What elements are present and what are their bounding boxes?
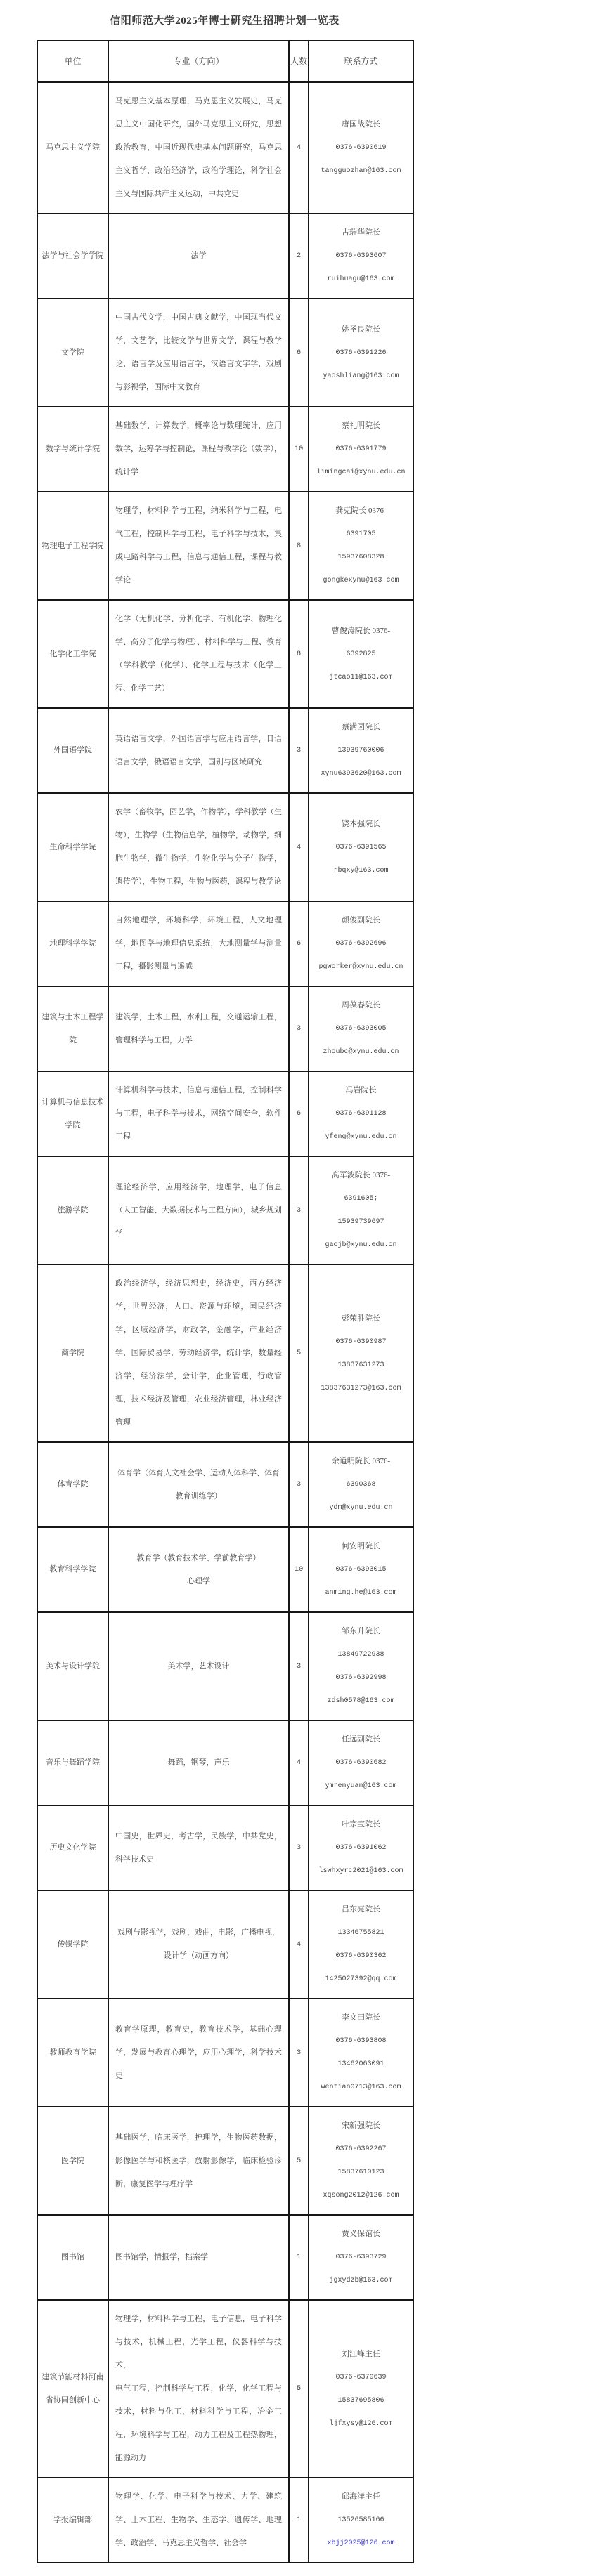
major-cell: 美术学，艺术设计 <box>108 1612 289 1720</box>
contact-line: 古瑞华院长 <box>311 221 411 244</box>
contact-line: 13939760006 <box>311 739 411 762</box>
contact-cell: 姚圣良院长0376-6391226yaoshliang@163.com <box>309 299 413 407</box>
contact-line: 0376-6393729 <box>311 2246 411 2269</box>
table-row: 建筑与土木工程学院建筑学，土木工程，水利工程，交通运输工程，管理科学与工程，力学… <box>37 986 413 1071</box>
page-title: 信阳师范大学2025年博士研究生招聘计划一览表 <box>37 13 413 27</box>
contact-line: 贾义保馆长 <box>311 2223 411 2246</box>
unit-cell: 音乐与舞蹈学院 <box>37 1720 108 1805</box>
contact-line: 蔡满园院长 <box>311 716 411 739</box>
contact-line: 13346755821 <box>311 1921 411 1944</box>
major-cell: 法学 <box>108 214 289 299</box>
unit-cell: 历史文化学院 <box>37 1805 108 1890</box>
count-cell: 4 <box>289 1890 309 1999</box>
contact-line: 何安明院长 <box>311 1535 411 1558</box>
count-cell: 6 <box>289 901 309 986</box>
contact-line: rbqxy@163.com <box>311 859 411 882</box>
unit-cell: 医学院 <box>37 2107 108 2215</box>
unit-cell: 商学院 <box>37 1264 108 1442</box>
email-link[interactable]: xbjj2025@126.com <box>311 2532 411 2555</box>
unit-cell: 教育科学学院 <box>37 1527 108 1612</box>
contact-cell: 蔡满园院长13939760006xynu6393620@163.com <box>309 708 413 793</box>
contact-line: 15837695806 <box>311 2389 411 2412</box>
count-cell: 4 <box>289 82 309 214</box>
count-cell: 4 <box>289 1720 309 1805</box>
contact-line: 15937608328 <box>311 546 411 569</box>
table-row: 旅游学院理论经济学，应用经济学，地理学，电子信息（人工智能、大数据技术与工程方向… <box>37 1156 413 1264</box>
contact-cell: 宋新强院长0376-639226715837610123xqsong2012@1… <box>309 2107 413 2215</box>
contact-line: gongkexynu@163.com <box>311 569 411 592</box>
contact-line: 唐国战院长 <box>311 113 411 136</box>
contact-cell: 蔡礼明院长0376-6391779limingcai@xynu.edu.cn <box>309 407 413 492</box>
unit-cell: 文学院 <box>37 299 108 407</box>
contact-cell: 邱海洋主任13526585166xbjj2025@126.com <box>309 2478 413 2563</box>
contact-line: 邱海洋主任 <box>311 2485 411 2509</box>
table-row: 音乐与舞蹈学院舞蹈，钢琴，声乐4任远副院长0376-6390682ymrenyu… <box>37 1720 413 1805</box>
table-row: 建筑节能材料河南省协同创新中心物理学，材料科学与工程，电子信息，电子科学与技术，… <box>37 2300 413 2478</box>
major-cell: 农学（畜牧学，园艺学，作物学），学科教学（生物），生物学（生物信息学，植物学，动… <box>108 793 289 901</box>
table-row: 物理电子工程学院物理学，材料科学与工程，纳米科学与工程，电气工程，控制科学与工程… <box>37 492 413 600</box>
unit-cell: 建筑节能材料河南省协同创新中心 <box>37 2300 108 2478</box>
major-cell: 物理学，材料科学与工程，电子信息，电子科学与技术，机械工程，光学工程，仪器科学与… <box>108 2300 289 2478</box>
count-cell: 3 <box>289 1805 309 1890</box>
contact-line: 冯岩院长 <box>311 1079 411 1102</box>
unit-cell: 计算机与信息技术学院 <box>37 1071 108 1156</box>
contact-line: 13837631273@163.com <box>311 1377 411 1400</box>
contact-cell: 冯岩院长0376-6391128yfeng@xynu.edu.cn <box>309 1071 413 1156</box>
major-cell: 物理学，材料科学与工程，纳米科学与工程，电气工程，控制科学与工程，电子科学与技术… <box>108 492 289 600</box>
unit-cell: 外国语学院 <box>37 708 108 793</box>
unit-cell: 图书馆 <box>37 2215 108 2300</box>
contact-line: 15837610123 <box>311 2161 411 2184</box>
contact-line: ruihuagu@163.com <box>311 268 411 291</box>
table-row: 文学院中国古代文学，中国古典文献学，中国现当代文学，文艺学，比较文学与世界文学，… <box>37 299 413 407</box>
table-row: 教师教育学院教育学原理，教育史，教育技术学，基础心理学，发展与教育心理学，应用心… <box>37 1999 413 2107</box>
column-header: 专业（方向） <box>108 41 289 82</box>
column-header: 联系方式 <box>309 41 413 82</box>
major-cell: 自然地理学，环境科学，环境工程，人文地理学，地图学与地理信息系统，大地测量学与测… <box>108 901 289 986</box>
contact-line: 李文田院长 <box>311 2006 411 2029</box>
contact-line: 0376-6391779 <box>311 438 411 461</box>
contact-line: 0376-6390619 <box>311 136 411 159</box>
major-cell: 教育学原理，教育史，教育技术学，基础心理学，发展与教育心理学，应用心理学，科学技… <box>108 1999 289 2107</box>
contact-line: 周葆春院长 <box>311 994 411 1017</box>
contact-line: ydm@xynu.edu.cn <box>311 1496 411 1519</box>
contact-line: 13837631273 <box>311 1354 411 1377</box>
contact-line: 0376-6393808 <box>311 2029 411 2053</box>
table-row: 图书馆图书馆学，情报学，档案学1贾义保馆长0376-6393729jgxydzb… <box>37 2215 413 2300</box>
contact-line: 0376-6390682 <box>311 1751 411 1774</box>
major-cell: 基础医学，临床医学，护理学，生物医药数据，影像医学与和核医学，放射影像学，临床检… <box>108 2107 289 2215</box>
count-cell: 8 <box>289 492 309 600</box>
count-cell: 8 <box>289 600 309 708</box>
contact-line: 13849722938 <box>311 1643 411 1666</box>
unit-cell: 教师教育学院 <box>37 1999 108 2107</box>
count-cell: 3 <box>289 1999 309 2107</box>
contact-cell: 高军波院长 0376-6391605;15939739697gaojb@xynu… <box>309 1156 413 1264</box>
contact-line: 6391605; <box>311 1187 411 1210</box>
contact-cell: 李文田院长0376-639380813462063091wentian0713@… <box>309 1999 413 2107</box>
count-cell: 2 <box>289 214 309 299</box>
major-cell: 马克思主义基本原理，马克思主义发展史，马克思主义中国化研究，国外马克思主义研究，… <box>108 82 289 214</box>
major-cell: 体育学（体育人文社会学、运动人体科学、体育教育训练学） <box>108 1442 289 1527</box>
contact-line: 0376-6391226 <box>311 341 411 365</box>
contact-line: 邹东升院长 <box>311 1620 411 1643</box>
major-cell: 教育学（教育技术学、学前教育学） 心理学 <box>108 1527 289 1612</box>
contact-cell: 任远副院长0376-6390682ymrenyuan@163.com <box>309 1720 413 1805</box>
contact-line: zdsh0578@163.com <box>311 1689 411 1713</box>
table-row: 传媒学院戏剧与影视学，戏剧，戏曲，电影，广播电视，设计学（动画方向）4吕东亮院长… <box>37 1890 413 1999</box>
table-row: 地理科学学院自然地理学，环境科学，环境工程，人文地理学，地图学与地理信息系统，大… <box>37 901 413 986</box>
table-row: 马克思主义学院马克思主义基本原理，马克思主义发展史，马克思主义中国化研究，国外马… <box>37 82 413 214</box>
contact-line: 0376-6390987 <box>311 1331 411 1354</box>
contact-line: xynu6393620@163.com <box>311 762 411 785</box>
contact-cell: 彭荣胜院长0376-63909871383763127313837631273@… <box>309 1264 413 1442</box>
contact-line: ljfxysy@126.com <box>311 2412 411 2436</box>
contact-line: yfeng@xynu.edu.cn <box>311 1125 411 1149</box>
contact-line: 任远副院长 <box>311 1728 411 1751</box>
unit-cell: 地理科学学院 <box>37 901 108 986</box>
contact-line: yaoshliang@163.com <box>311 365 411 388</box>
unit-cell: 体育学院 <box>37 1442 108 1527</box>
unit-cell: 传媒学院 <box>37 1890 108 1999</box>
unit-cell: 学报编辑部 <box>37 2478 108 2563</box>
contact-line: 宋新强院长 <box>311 2114 411 2138</box>
table-row: 体育学院体育学（体育人文社会学、运动人体科学、体育教育训练学）3余道明院长 03… <box>37 1442 413 1527</box>
unit-cell: 化学化工学院 <box>37 600 108 708</box>
table-row: 医学院基础医学，临床医学，护理学，生物医药数据，影像医学与和核医学，放射影像学，… <box>37 2107 413 2215</box>
contact-cell: 曹俊涛院长 0376-6392825jtcao11@163.com <box>309 600 413 708</box>
count-cell: 3 <box>289 1612 309 1720</box>
contact-line: 0376-6393005 <box>311 1017 411 1040</box>
contact-line: 曹俊涛院长 0376- <box>311 620 411 643</box>
unit-cell: 旅游学院 <box>37 1156 108 1264</box>
contact-line: 6391705 <box>311 523 411 546</box>
contact-line: 余道明院长 0376- <box>311 1450 411 1473</box>
major-cell: 戏剧与影视学，戏剧，戏曲，电影，广播电视，设计学（动画方向） <box>108 1890 289 1999</box>
contact-line: lswhxyrc2021@163.com <box>311 1859 411 1883</box>
table-row: 教育科学学院教育学（教育技术学、学前教育学） 心理学10何安明院长0376-63… <box>37 1527 413 1612</box>
column-header: 人数 <box>289 41 309 82</box>
header-row: 单位专业（方向）人数联系方式 <box>37 41 413 82</box>
unit-cell: 美术与设计学院 <box>37 1612 108 1720</box>
table-body: 马克思主义学院马克思主义基本原理，马克思主义发展史，马克思主义中国化研究，国外马… <box>37 82 413 2563</box>
contact-cell: 吕东亮院长133467558210376-63903621425027392@q… <box>309 1890 413 1999</box>
table-row: 学报编辑部物理学、化学、电子科学与技术、力学、建筑学、土木工程、生物学、生态学、… <box>37 2478 413 2563</box>
count-cell: 6 <box>289 1071 309 1156</box>
unit-cell: 法学与社会学学院 <box>37 214 108 299</box>
contact-line: 颜俊副院长 <box>311 909 411 932</box>
count-cell: 1 <box>289 2215 309 2300</box>
count-cell: 4 <box>289 793 309 901</box>
column-header: 单位 <box>37 41 108 82</box>
contact-line: jgxydzb@163.com <box>311 2269 411 2292</box>
table-row: 化学化工学院化学（无机化学、分析化学、有机化学、物理化学、高分子化学与物理）、材… <box>37 600 413 708</box>
contact-line: 姚圣良院长 <box>311 318 411 341</box>
unit-cell: 物理电子工程学院 <box>37 492 108 600</box>
contact-line: 刘江峰主任 <box>311 2343 411 2366</box>
contact-line: anming.he@163.com <box>311 1581 411 1604</box>
contact-line: 叶宗宝院长 <box>311 1813 411 1836</box>
table-row: 外国语学院英语语言文学，外国语言学与应用语言学，日语语言文学，俄语语言文学，国别… <box>37 708 413 793</box>
contact-line: pgworker@xynu.edu.cn <box>311 955 411 979</box>
contact-line: 0376-6392696 <box>311 932 411 955</box>
unit-cell: 建筑与土木工程学院 <box>37 986 108 1071</box>
contact-line: 饶本强院长 <box>311 813 411 836</box>
major-cell: 中国史，世界史，考古学，民族学，中共党史，科学技术史 <box>108 1805 289 1890</box>
contact-line: 0376-6391062 <box>311 1836 411 1859</box>
contact-line: 0376-6391565 <box>311 836 411 859</box>
major-cell: 政治经济学，经济思想史，经济史，西方经济学，世界经济，人口、资源与环境，国民经济… <box>108 1264 289 1442</box>
table-row: 计算机与信息技术学院计算机科学与技术，信息与通信工程，控制科学与工程，电子科学与… <box>37 1071 413 1156</box>
contact-line: 彭荣胜院长 <box>311 1307 411 1331</box>
table-row: 生命科学学院农学（畜牧学，园艺学，作物学），学科教学（生物），生物学（生物信息学… <box>37 793 413 901</box>
count-cell: 3 <box>289 986 309 1071</box>
contact-line: gaojb@xynu.edu.cn <box>311 1234 411 1257</box>
document-page: 信阳师范大学2025年博士研究生招聘计划一览表 单位专业（方向）人数联系方式 马… <box>37 0 413 2563</box>
contact-line: zhoubc@xynu.edu.cn <box>311 1040 411 1064</box>
major-cell: 建筑学，土木工程，水利工程，交通运输工程，管理科学与工程，力学 <box>108 986 289 1071</box>
contact-cell: 何安明院长0376-6393015anming.he@163.com <box>309 1527 413 1612</box>
contact-line: 龚克院长 0376- <box>311 499 411 523</box>
count-cell: 10 <box>289 1527 309 1612</box>
contact-line: 0376-6370639 <box>311 2366 411 2389</box>
contact-line: 吕东亮院长 <box>311 1898 411 1921</box>
count-cell: 1 <box>289 2478 309 2563</box>
table-row: 法学与社会学学院法学2古瑞华院长0376-6393607ruihuagu@163… <box>37 214 413 299</box>
count-cell: 5 <box>289 1264 309 1442</box>
table-row: 商学院政治经济学，经济思想史，经济史，西方经济学，世界经济，人口、资源与环境，国… <box>37 1264 413 1442</box>
major-cell: 英语语言文学，外国语言学与应用语言学，日语语言文学，俄语语言文学，国别与区域研究 <box>108 708 289 793</box>
contact-cell: 刘江峰主任0376-637063915837695806ljfxysy@126.… <box>309 2300 413 2478</box>
major-cell: 舞蹈，钢琴，声乐 <box>108 1720 289 1805</box>
major-cell: 计算机科学与技术，信息与通信工程，控制科学与工程，电子科学与技术，网络空间安全，… <box>108 1071 289 1156</box>
major-cell: 理论经济学，应用经济学，地理学，电子信息（人工智能、大数据技术与工程方向），城乡… <box>108 1156 289 1264</box>
major-cell: 基础数学，计算数学，概率论与数理统计，应用数学，运筹学与控制论，课程与教学论（数… <box>108 407 289 492</box>
contact-cell: 龚克院长 0376-639170515937608328gongkexynu@1… <box>309 492 413 600</box>
table-row: 数学与统计学院基础数学，计算数学，概率论与数理统计，应用数学，运筹学与控制论，课… <box>37 407 413 492</box>
table-row: 历史文化学院中国史，世界史，考古学，民族学，中共党史，科学技术史3叶宗宝院长03… <box>37 1805 413 1890</box>
table-header: 单位专业（方向）人数联系方式 <box>37 41 413 82</box>
contact-cell: 贾义保馆长0376-6393729jgxydzb@163.com <box>309 2215 413 2300</box>
contact-cell: 余道明院长 0376-6390368ydm@xynu.edu.cn <box>309 1442 413 1527</box>
contact-line: xqsong2012@126.com <box>311 2184 411 2207</box>
contact-line: jtcao11@163.com <box>311 666 411 689</box>
contact-line: 1425027392@qq.com <box>311 1968 411 1991</box>
contact-cell: 饶本强院长0376-6391565rbqxy@163.com <box>309 793 413 901</box>
contact-line: 13462063091 <box>311 2053 411 2076</box>
contact-line: 0376-6392998 <box>311 1666 411 1689</box>
contact-cell: 叶宗宝院长0376-6391062lswhxyrc2021@163.com <box>309 1805 413 1890</box>
unit-cell: 生命科学学院 <box>37 793 108 901</box>
contact-line: 6390368 <box>311 1473 411 1496</box>
contact-line: limingcai@xynu.edu.cn <box>311 461 411 484</box>
count-cell: 5 <box>289 2107 309 2215</box>
contact-line: 0376-6391128 <box>311 1102 411 1125</box>
contact-line: 高军波院长 0376- <box>311 1164 411 1187</box>
contact-cell: 邹东升院长138497229380376-6392998zdsh0578@163… <box>309 1612 413 1720</box>
contact-line: 0376-6393015 <box>311 1558 411 1581</box>
major-cell: 中国古代文学，中国古典文献学，中国现当代文学，文艺学，比较文学与世界文学，课程与… <box>108 299 289 407</box>
contact-line: 0376-6392267 <box>311 2138 411 2161</box>
contact-cell: 古瑞华院长0376-6393607ruihuagu@163.com <box>309 214 413 299</box>
major-cell: 图书馆学，情报学，档案学 <box>108 2215 289 2300</box>
count-cell: 3 <box>289 708 309 793</box>
contact-line: 0376-6393607 <box>311 244 411 268</box>
contact-line: wentian0713@163.com <box>311 2076 411 2099</box>
contact-line: 0376-6390362 <box>311 1944 411 1968</box>
recruitment-table: 单位专业（方向）人数联系方式 马克思主义学院马克思主义基本原理，马克思主义发展史… <box>37 40 414 2563</box>
count-cell: 3 <box>289 1442 309 1527</box>
contact-line: ymrenyuan@163.com <box>311 1774 411 1798</box>
major-cell: 化学（无机化学、分析化学、有机化学、物理化学、高分子化学与物理）、材料科学与工程… <box>108 600 289 708</box>
count-cell: 6 <box>289 299 309 407</box>
major-cell: 物理学、化学、电子科学与技术、力学、建筑学、土木工程、生物学、生态学、遗传学、地… <box>108 2478 289 2563</box>
unit-cell: 马克思主义学院 <box>37 82 108 214</box>
contact-line: 6392825 <box>311 643 411 666</box>
unit-cell: 数学与统计学院 <box>37 407 108 492</box>
count-cell: 3 <box>289 1156 309 1264</box>
contact-line: 13526585166 <box>311 2509 411 2532</box>
contact-line: 15939739697 <box>311 1210 411 1234</box>
contact-cell: 周葆春院长0376-6393005zhoubc@xynu.edu.cn <box>309 986 413 1071</box>
count-cell: 10 <box>289 407 309 492</box>
contact-cell: 颜俊副院长0376-6392696pgworker@xynu.edu.cn <box>309 901 413 986</box>
contact-line: 蔡礼明院长 <box>311 414 411 438</box>
contact-cell: 唐国战院长0376-6390619tangguozhan@163.com <box>309 82 413 214</box>
count-cell: 5 <box>289 2300 309 2478</box>
table-row: 美术与设计学院美术学，艺术设计3邹东升院长138497229380376-639… <box>37 1612 413 1720</box>
contact-line: tangguozhan@163.com <box>311 159 411 183</box>
